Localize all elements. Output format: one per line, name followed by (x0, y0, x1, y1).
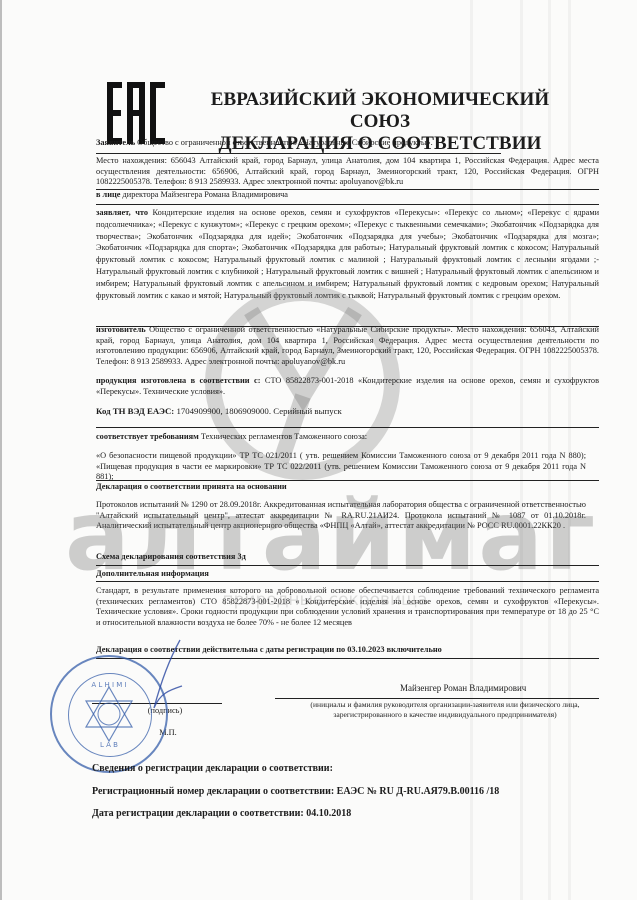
page-edge (0, 0, 2, 900)
declares-text: Кондитерские изделия на основе орехов, с… (96, 208, 599, 300)
registration-number: ЕАЭС № RU Д-RU.АЯ79.В.00116 /18 (337, 786, 500, 797)
tn-ved-row: Код ТН ВЭД ЕАЭС: 1704909900, 1806909000.… (96, 406, 599, 417)
scheme-label: Схема декларирования соответствия 3д (96, 552, 599, 563)
signature-icon (140, 638, 200, 718)
registration-date-label: Дата регистрации декларации о соответств… (92, 808, 304, 819)
divider (96, 565, 599, 566)
produced-per-label: продукция изготовлена в соответствии с: (96, 376, 260, 385)
divider (96, 204, 599, 205)
applicant-label: Заявитель (96, 138, 135, 147)
registration-heading: Сведения о регистрации декларации о соот… (92, 763, 333, 774)
declares-label: заявляет, что (96, 208, 148, 217)
registration-number-row: Регистрационный номер декларации о соотв… (92, 786, 499, 797)
divider (96, 153, 501, 154)
complies-label: соответствует требованиям (96, 432, 199, 441)
manufacturer-text: Общество с ограниченной ответственностью… (96, 325, 599, 366)
divider (96, 427, 599, 428)
registration-date-row: Дата регистрации декларации о соответств… (92, 808, 351, 819)
regulations: «О безопасности пищевой продукции» ТР ТС… (96, 451, 586, 483)
watermark-subtitle: природные сокровища (215, 590, 435, 610)
tn-ved-label: Код ТН ВЭД ЕАЭС: (96, 406, 174, 416)
represented-row: в лице директора Майзенгера Романа Влади… (96, 190, 599, 201)
additional-label: Дополнительная информация (96, 569, 599, 580)
title-line-1: ЕВРАЗИЙСКИЙ ЭКОНОМИЧЕСКИЙ СОЮЗ (195, 89, 565, 133)
manufacturer-row: изготовитель Общество с ограниченной отв… (96, 325, 599, 367)
manufacturer-label: изготовитель (96, 325, 146, 334)
tn-ved-text: 1704909900, 1806909000. Серийный выпуск (176, 406, 341, 416)
signer-caption: (инициалы и фамилия руководителя организ… (300, 700, 590, 720)
applicant-location: Место нахождения: 656043 Алтайский край,… (96, 156, 599, 188)
represented-label: в лице (96, 190, 120, 199)
declaration-products: заявляет, что Кондитерские изделия на ос… (96, 207, 599, 301)
complies-row: соответствует требованиям Технических ре… (96, 432, 599, 443)
signer-line (275, 698, 599, 699)
represented-by: директора Майзенгера Романа Владимирович… (123, 190, 288, 199)
eac-mark-icon (107, 82, 165, 144)
registration-number-label: Регистрационный номер декларации о соотв… (92, 786, 334, 797)
applicant-row: Заявитель Общество с ограниченной ответс… (96, 138, 596, 149)
scan-artifact (568, 0, 571, 900)
divider (96, 581, 599, 582)
produced-per-row: продукция изготовлена в соответствии с: … (96, 376, 599, 397)
seal-text-bottom: L A B (52, 741, 166, 749)
registration-date: 04.10.2018 (306, 808, 351, 819)
eac-logo (107, 82, 165, 144)
complies-text: Технических регламентов Таможенного союз… (201, 432, 367, 441)
applicant-name: Общество с ограниченной ответственностью… (137, 138, 432, 147)
signer-name: Майзенгер Роман Владимирович (400, 683, 600, 694)
